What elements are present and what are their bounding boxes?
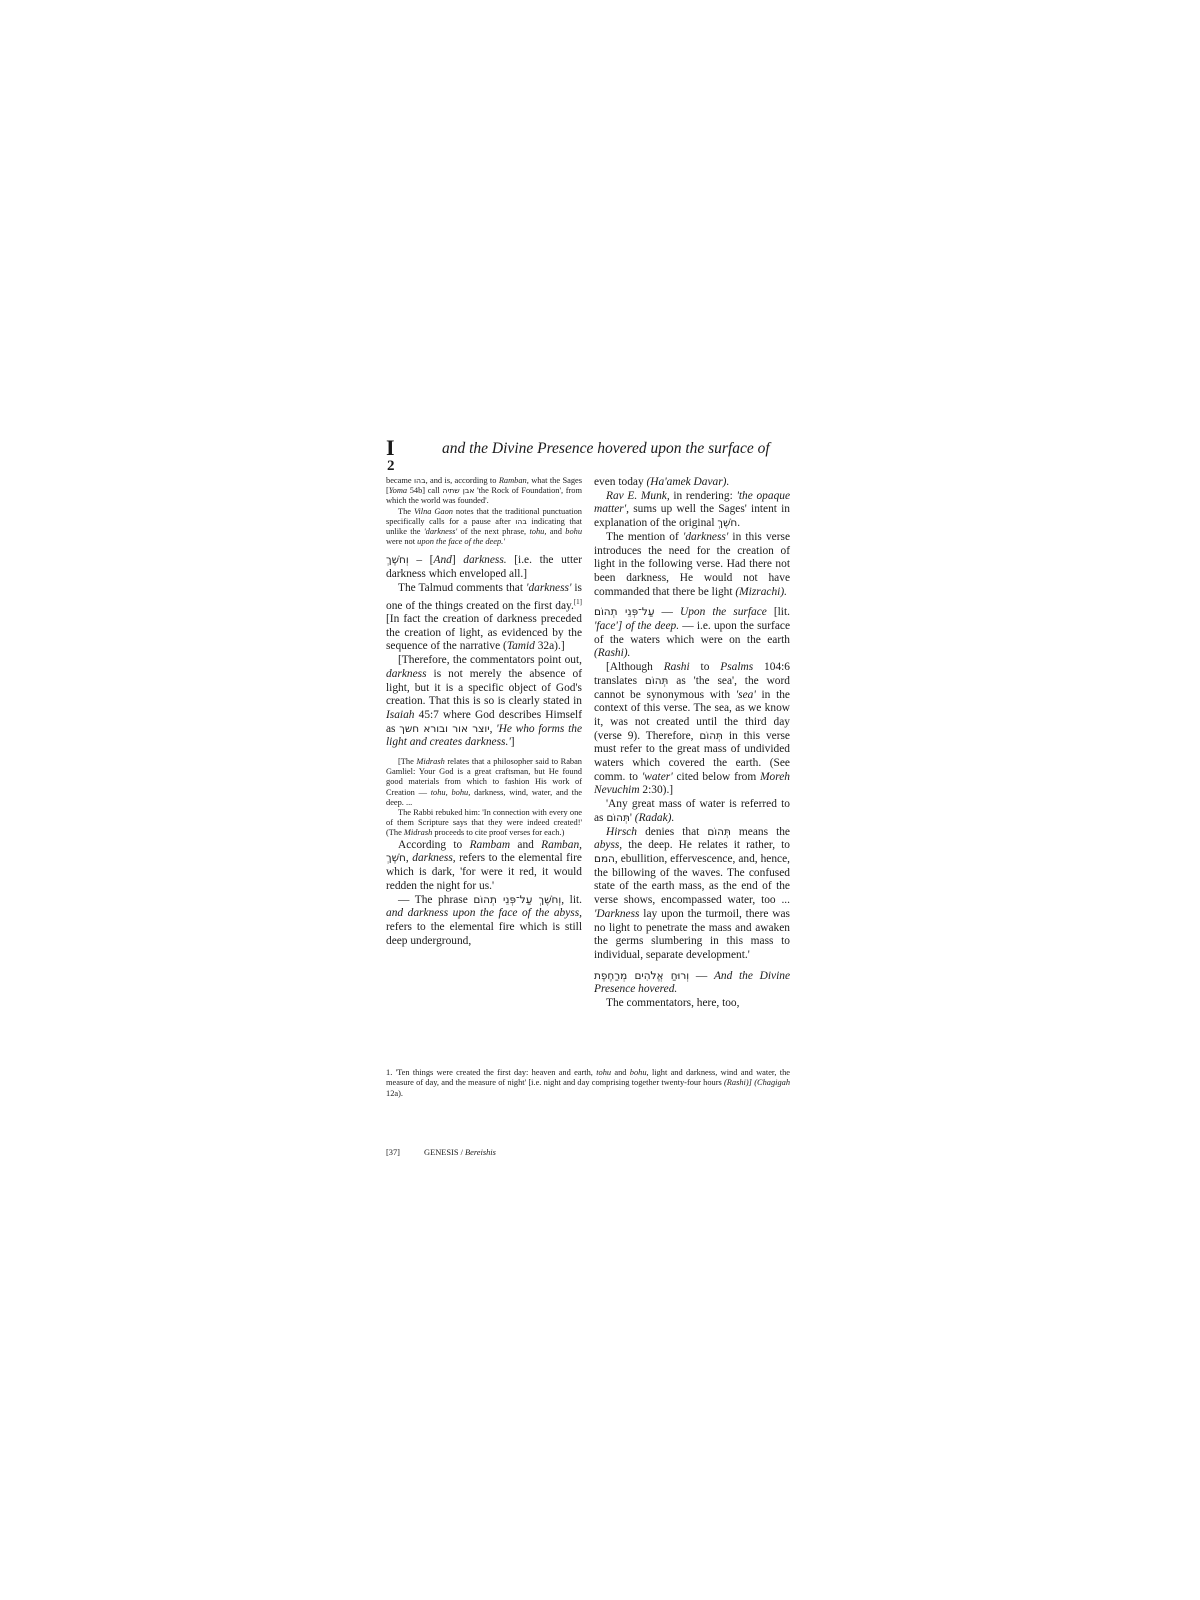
page-header: I 2 and the Divine Presence hovered upon… — [386, 438, 790, 476]
paragraph: even today (Ha'amek Davar). — [594, 476, 790, 490]
paragraph: The Talmud comments that 'darkness' is o… — [386, 582, 582, 654]
book-page: I 2 and the Divine Presence hovered upon… — [386, 438, 790, 1042]
paragraph: וְרוּחַ אֱלֹהִים מְרַחֶפֶת — And the Div… — [594, 970, 790, 997]
paragraph: [Although Rashi to Psalms 104:6 translat… — [594, 661, 790, 798]
paragraph: עַל־פְּנֵי תְהוֹם — Upon the surface [li… — [594, 606, 790, 661]
footnote-ref[interactable]: [1] — [574, 598, 582, 606]
footnote: 1. 'Ten things were created the first da… — [386, 1068, 790, 1099]
paragraph: Hirsch denies that תְּהוֹם means the aby… — [594, 826, 790, 963]
chapter-number: I — [386, 438, 395, 458]
paragraph: 'Any great mass of water is referred to … — [594, 798, 790, 825]
paragraph: According to Rambam and Ramban, חֹשֶׁךְ,… — [386, 839, 582, 894]
paragraph: [Therefore, the commentators point out, … — [386, 654, 582, 750]
paragraph: [The Midrash relates that a philosopher … — [386, 757, 582, 808]
paragraph: The commentators, here, too, — [594, 997, 790, 1011]
page-footer: [37] GENESIS / Bereishis — [386, 1148, 496, 1157]
verse-number: 2 — [387, 458, 395, 474]
left-column: became בהו, and is, according to Ramban,… — [386, 476, 582, 948]
running-head: and the Divine Presence hovered upon the… — [442, 440, 770, 458]
paragraph: The Vilna Gaon notes that the traditiona… — [386, 507, 582, 548]
paragraph: וְחֹשֶׁךְ – [And] darkness. [i.e. the ut… — [386, 554, 582, 581]
paragraph: became בהו, and is, according to Ramban,… — [386, 476, 582, 507]
paragraph: The Rabbi rebuked him: 'In connection wi… — [386, 808, 582, 839]
right-column: even today (Ha'amek Davar). Rav E. Munk,… — [594, 476, 790, 1011]
parsha-title: Bereishis — [465, 1148, 496, 1157]
paragraph: — The phrase וְחֹשֶׁךְ עַל־פְּנֵי תְהוֹם… — [386, 894, 582, 949]
book-title: GENESIS / — [424, 1148, 465, 1157]
page-number: [37] — [386, 1148, 400, 1157]
commentary-columns: became בהו, and is, according to Ramban,… — [386, 476, 790, 1042]
paragraph: The mention of 'darkness' in this verse … — [594, 531, 790, 600]
paragraph: Rav E. Munk, in rendering: 'the opaque m… — [594, 490, 790, 531]
